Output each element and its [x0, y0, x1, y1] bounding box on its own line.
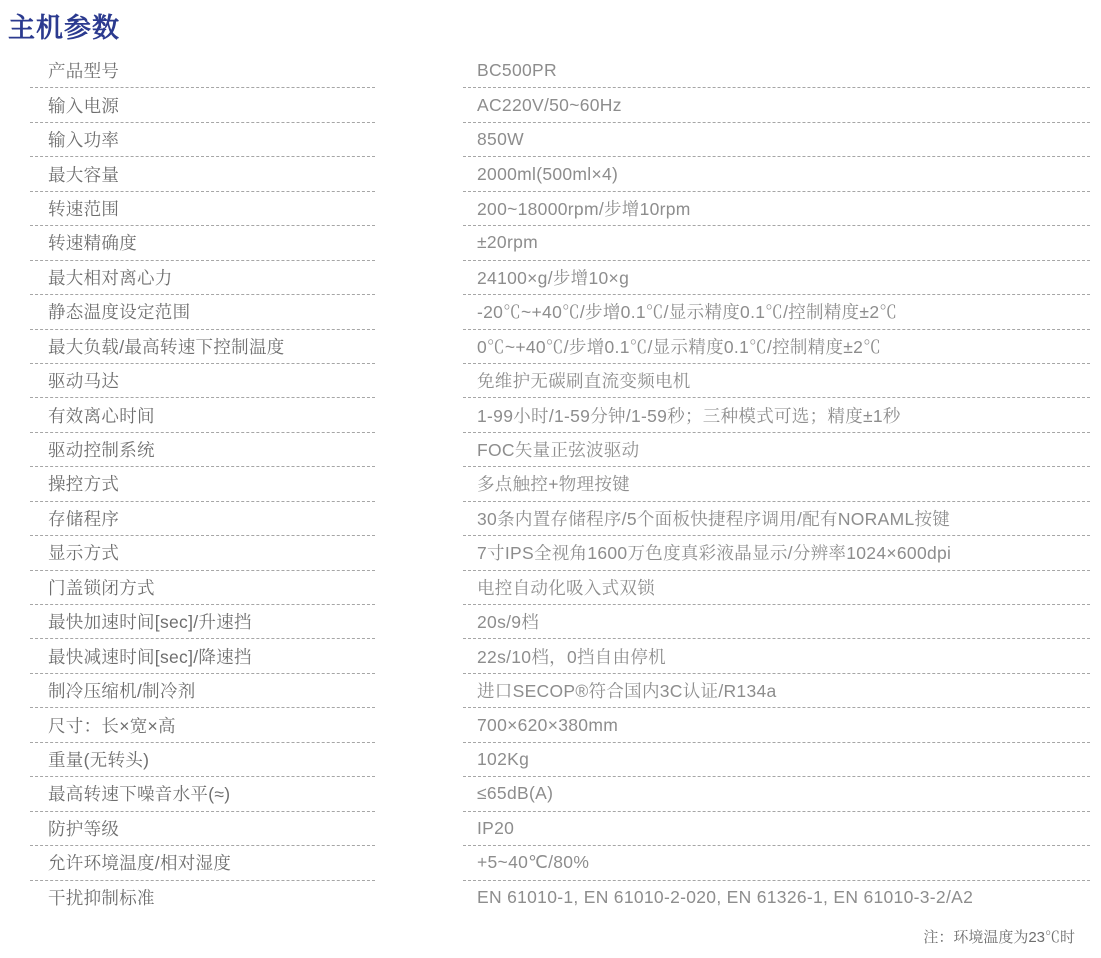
spec-value: 免维护无碳刷直流变频电机 — [463, 364, 1090, 398]
spec-label: 防护等级 — [30, 812, 375, 846]
spec-value: AC220V/50~60Hz — [463, 88, 1090, 122]
spec-value: EN 61010-1, EN 61010-2-020, EN 61326-1, … — [463, 881, 1090, 915]
spec-value: ≤65dB(A) — [463, 777, 1090, 811]
spec-label: 门盖锁闭方式 — [30, 571, 375, 605]
spec-row: 有效离心时间1-99小时/1-59分钟/1-59秒；三种模式可选；精度±1秒 — [0, 398, 1101, 432]
spec-value: IP20 — [463, 812, 1090, 846]
spec-value: -20℃~+40℃/步增0.1℃/显示精度0.1℃/控制精度±2℃ — [463, 295, 1090, 329]
spec-row: 防护等级IP20 — [0, 812, 1101, 846]
spec-label: 最高转速下噪音水平(≈) — [30, 777, 375, 811]
spec-row: 最快加速时间[sec]/升速挡20s/9档 — [0, 605, 1101, 639]
spec-row: 干扰抑制标准EN 61010-1, EN 61010-2-020, EN 613… — [0, 881, 1101, 915]
spec-label: 最快加速时间[sec]/升速挡 — [30, 605, 375, 639]
spec-label: 最大负载/最高转速下控制温度 — [30, 330, 375, 364]
spec-row: 尺寸：长×宽×高700×620×380mm — [0, 708, 1101, 742]
spec-value: FOC矢量正弦波驱动 — [463, 433, 1090, 467]
spec-value: 多点触控+物理按键 — [463, 467, 1090, 501]
spec-value: 7寸IPS全视角1600万色度真彩液晶显示/分辨率1024×600dpi — [463, 536, 1090, 570]
spec-label: 允许环境温度/相对湿度 — [30, 846, 375, 880]
spec-row: 最高转速下噪音水平(≈)≤65dB(A) — [0, 777, 1101, 811]
spec-value: 0℃~+40℃/步增0.1℃/显示精度0.1℃/控制精度±2℃ — [463, 330, 1090, 364]
spec-row: 存储程序30条内置存储程序/5个面板快捷程序调用/配有NORAML按键 — [0, 502, 1101, 536]
spec-label: 存储程序 — [30, 502, 375, 536]
spec-value: 102Kg — [463, 743, 1090, 777]
spec-label: 最快减速时间[sec]/降速挡 — [30, 639, 375, 673]
spec-value: 20s/9档 — [463, 605, 1090, 639]
spec-row: 最大相对离心力24100×g/步增10×g — [0, 261, 1101, 295]
spec-value: 700×620×380mm — [463, 708, 1090, 742]
spec-label: 最大相对离心力 — [30, 261, 375, 295]
spec-label: 显示方式 — [30, 536, 375, 570]
spec-row: 转速范围200~18000rpm/步增10rpm — [0, 192, 1101, 226]
footnote: 注：环境温度为23℃时 — [923, 926, 1075, 947]
spec-label: 干扰抑制标准 — [30, 881, 375, 915]
spec-value: +5~40℃/80% — [463, 846, 1090, 880]
spec-value: 1-99小时/1-59分钟/1-59秒；三种模式可选；精度±1秒 — [463, 398, 1090, 432]
spec-row: 最大负载/最高转速下控制温度0℃~+40℃/步增0.1℃/显示精度0.1℃/控制… — [0, 330, 1101, 364]
spec-value: 850W — [463, 123, 1090, 157]
spec-row: 输入电源AC220V/50~60Hz — [0, 88, 1101, 122]
spec-row: 制冷压缩机/制冷剂进口SECOP®符合国内3C认证/R134a — [0, 674, 1101, 708]
spec-label: 最大容量 — [30, 157, 375, 191]
spec-value: 24100×g/步增10×g — [463, 261, 1090, 295]
spec-label: 静态温度设定范围 — [30, 295, 375, 329]
spec-value: 30条内置存储程序/5个面板快捷程序调用/配有NORAML按键 — [463, 502, 1090, 536]
spec-row: 最快减速时间[sec]/降速挡22s/10档，0挡自由停机 — [0, 639, 1101, 673]
spec-row: 允许环境温度/相对湿度+5~40℃/80% — [0, 846, 1101, 880]
spec-row: 门盖锁闭方式电控自动化吸入式双锁 — [0, 571, 1101, 605]
spec-value: BC500PR — [463, 54, 1090, 88]
spec-value: 进口SECOP®符合国内3C认证/R134a — [463, 674, 1090, 708]
spec-row: 输入功率850W — [0, 123, 1101, 157]
spec-label: 转速精确度 — [30, 226, 375, 260]
spec-label: 尺寸：长×宽×高 — [30, 708, 375, 742]
spec-row: 静态温度设定范围-20℃~+40℃/步增0.1℃/显示精度0.1℃/控制精度±2… — [0, 295, 1101, 329]
spec-row: 显示方式7寸IPS全视角1600万色度真彩液晶显示/分辨率1024×600dpi — [0, 536, 1101, 570]
spec-value: ±20rpm — [463, 226, 1090, 260]
spec-label: 驱动控制系统 — [30, 433, 375, 467]
page-title: 主机参数 — [8, 6, 120, 45]
spec-row: 驱动马达免维护无碳刷直流变频电机 — [0, 364, 1101, 398]
spec-label: 输入功率 — [30, 123, 375, 157]
spec-row: 操控方式多点触控+物理按键 — [0, 467, 1101, 501]
spec-row: 重量(无转头)102Kg — [0, 743, 1101, 777]
spec-label: 产品型号 — [30, 54, 375, 88]
spec-value: 2000ml(500ml×4) — [463, 157, 1090, 191]
spec-label: 制冷压缩机/制冷剂 — [30, 674, 375, 708]
spec-label: 操控方式 — [30, 467, 375, 501]
spec-label: 输入电源 — [30, 88, 375, 122]
spec-label: 转速范围 — [30, 192, 375, 226]
spec-label: 有效离心时间 — [30, 398, 375, 432]
spec-label: 驱动马达 — [30, 364, 375, 398]
spec-value: 22s/10档，0挡自由停机 — [463, 639, 1090, 673]
spec-row: 最大容量2000ml(500ml×4) — [0, 157, 1101, 191]
spec-value: 电控自动化吸入式双锁 — [463, 571, 1090, 605]
spec-table: 产品型号BC500PR输入电源AC220V/50~60Hz输入功率850W最大容… — [0, 54, 1101, 915]
spec-row: 驱动控制系统FOC矢量正弦波驱动 — [0, 433, 1101, 467]
spec-label: 重量(无转头) — [30, 743, 375, 777]
spec-row: 产品型号BC500PR — [0, 54, 1101, 88]
spec-row: 转速精确度±20rpm — [0, 226, 1101, 260]
spec-value: 200~18000rpm/步增10rpm — [463, 192, 1090, 226]
